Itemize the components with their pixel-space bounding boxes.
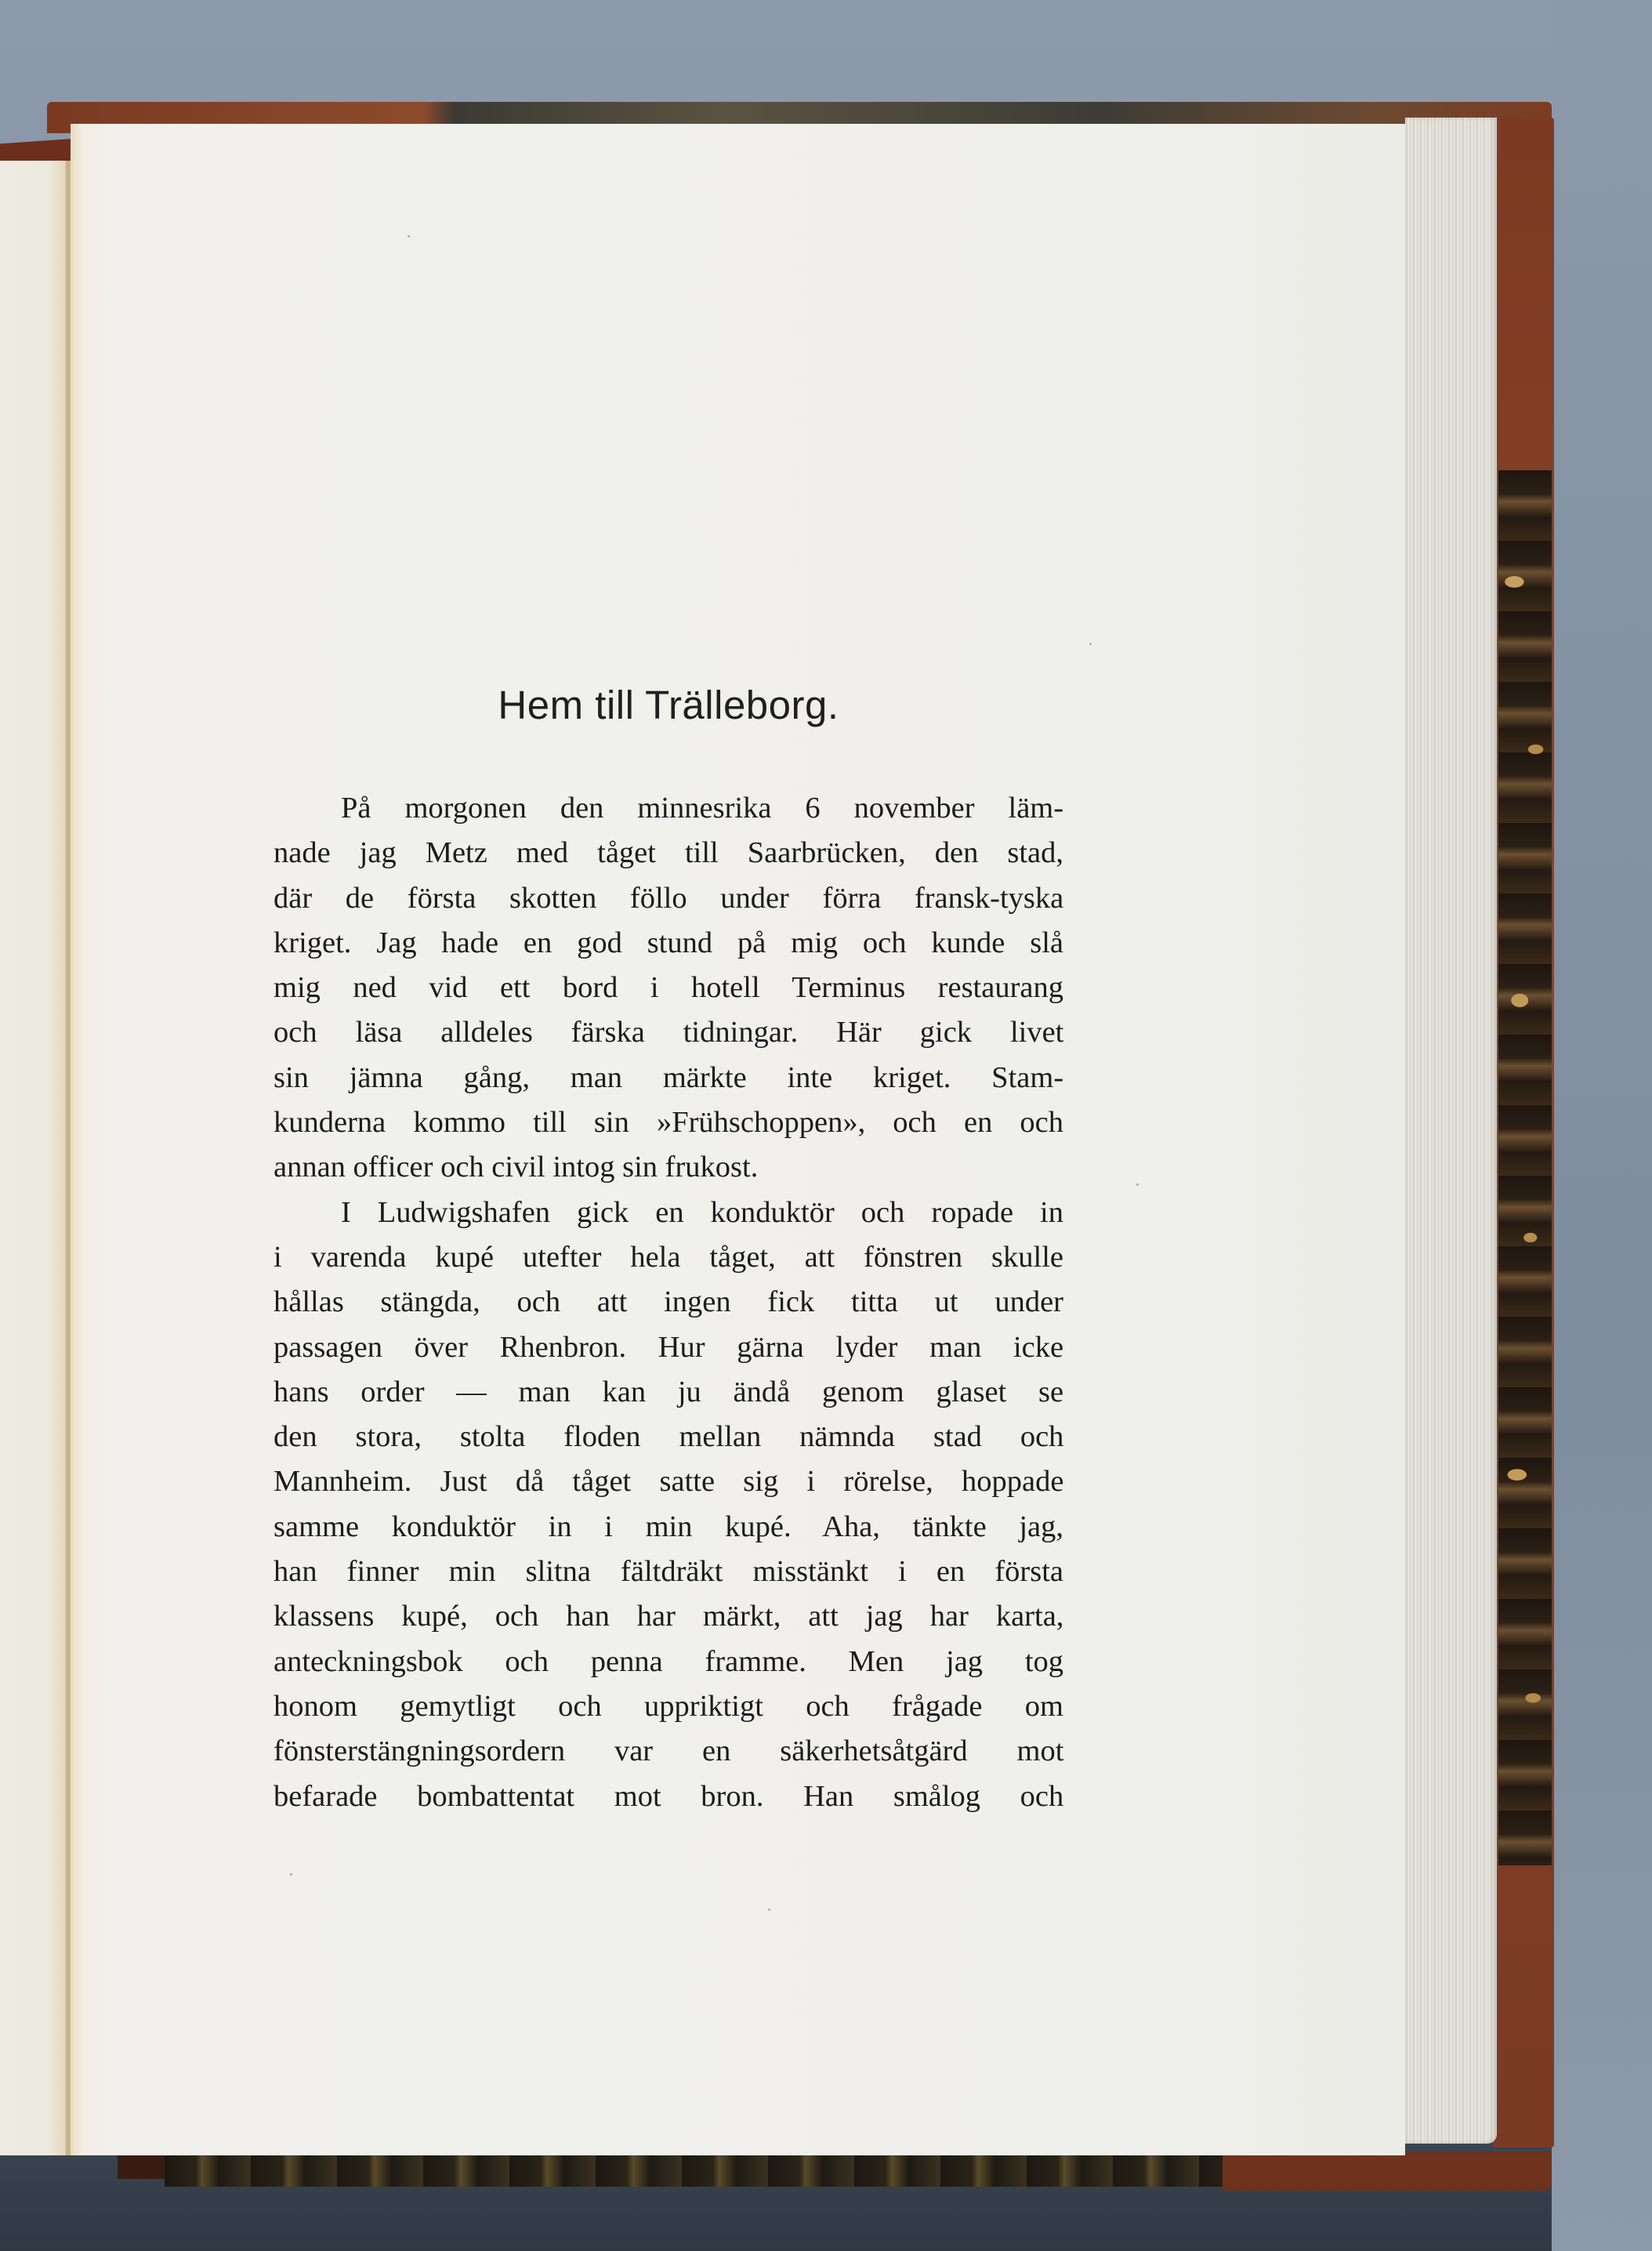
text-line: kriget. Jag hade en god stund på mig och… (274, 921, 1063, 966)
text-line: anteckningsbok och penna framme. Men jag… (274, 1640, 1063, 1684)
paper-speck (1136, 1183, 1139, 1186)
text-line: annan officer och civil intog sin frukos… (274, 1145, 1063, 1190)
text-line: passagen över Rhenbron. Hur gärna lyder … (274, 1325, 1063, 1370)
paper-speck (408, 235, 410, 237)
text-line: klassens kupé, och han har märkt, att ja… (274, 1594, 1063, 1639)
text-line: I Ludwigshafen gick en konduktör och rop… (274, 1191, 1063, 1235)
paragraph-1: På morgonen den minnesrika 6 november lä… (274, 786, 1063, 1191)
text-line: och läsa alldeles färska tidningar. Här … (274, 1010, 1063, 1055)
text-line: den stora, stolta floden mellan nämnda s… (274, 1415, 1063, 1459)
body-text: På morgonen den minnesrika 6 november lä… (274, 786, 1063, 1819)
page-stack-edge (1405, 118, 1497, 2144)
background-right (1552, 0, 1652, 2251)
paragraph-2: I Ludwigshafen gick en konduktör och rop… (274, 1191, 1063, 1819)
text-line: På morgonen den minnesrika 6 november lä… (274, 786, 1063, 831)
text-line: fönsterstängningsordern var en säkerhets… (274, 1729, 1063, 1774)
book-cover-marbled-board (1498, 470, 1552, 1865)
text-line: i varenda kupé utefter hela tåget, att f… (274, 1235, 1063, 1280)
text-line: nade jag Metz med tåget till Saarbrücken… (274, 831, 1063, 875)
text-line: han finner min slitna fältdräkt misstänk… (274, 1550, 1063, 1594)
left-page-sliver (0, 161, 67, 2155)
paper-speck (290, 1873, 292, 1876)
text-line: där de första skotten föllo under förra … (274, 876, 1063, 921)
paper-speck (1089, 643, 1092, 645)
text-line: sin jämna gång, man märkte inte kriget. … (274, 1056, 1063, 1100)
text-line: samme konduktör in i min kupé. Aha, tänk… (274, 1505, 1063, 1550)
text-line: hållas stängda, och att ingen fick titta… (274, 1280, 1063, 1325)
text-line: mig ned vid ett bord i hotell Terminus r… (274, 966, 1063, 1010)
text-line: befarade bombattentat mot bron. Han smål… (274, 1774, 1063, 1819)
text-line: hans order — man kan ju ändå genom glase… (274, 1370, 1063, 1415)
chapter-title: Hem till Trälleborg. (274, 682, 1063, 728)
paper-speck (768, 1908, 770, 1911)
text-line: honom gemytligt och uppriktigt och fråga… (274, 1684, 1063, 1729)
book-cover-bottom-leather (1223, 2151, 1552, 2191)
text-line: kunderna kommo till sin »Frühschoppen», … (274, 1100, 1063, 1145)
text-line: Mannheim. Just då tåget satte sig i röre… (274, 1459, 1063, 1504)
